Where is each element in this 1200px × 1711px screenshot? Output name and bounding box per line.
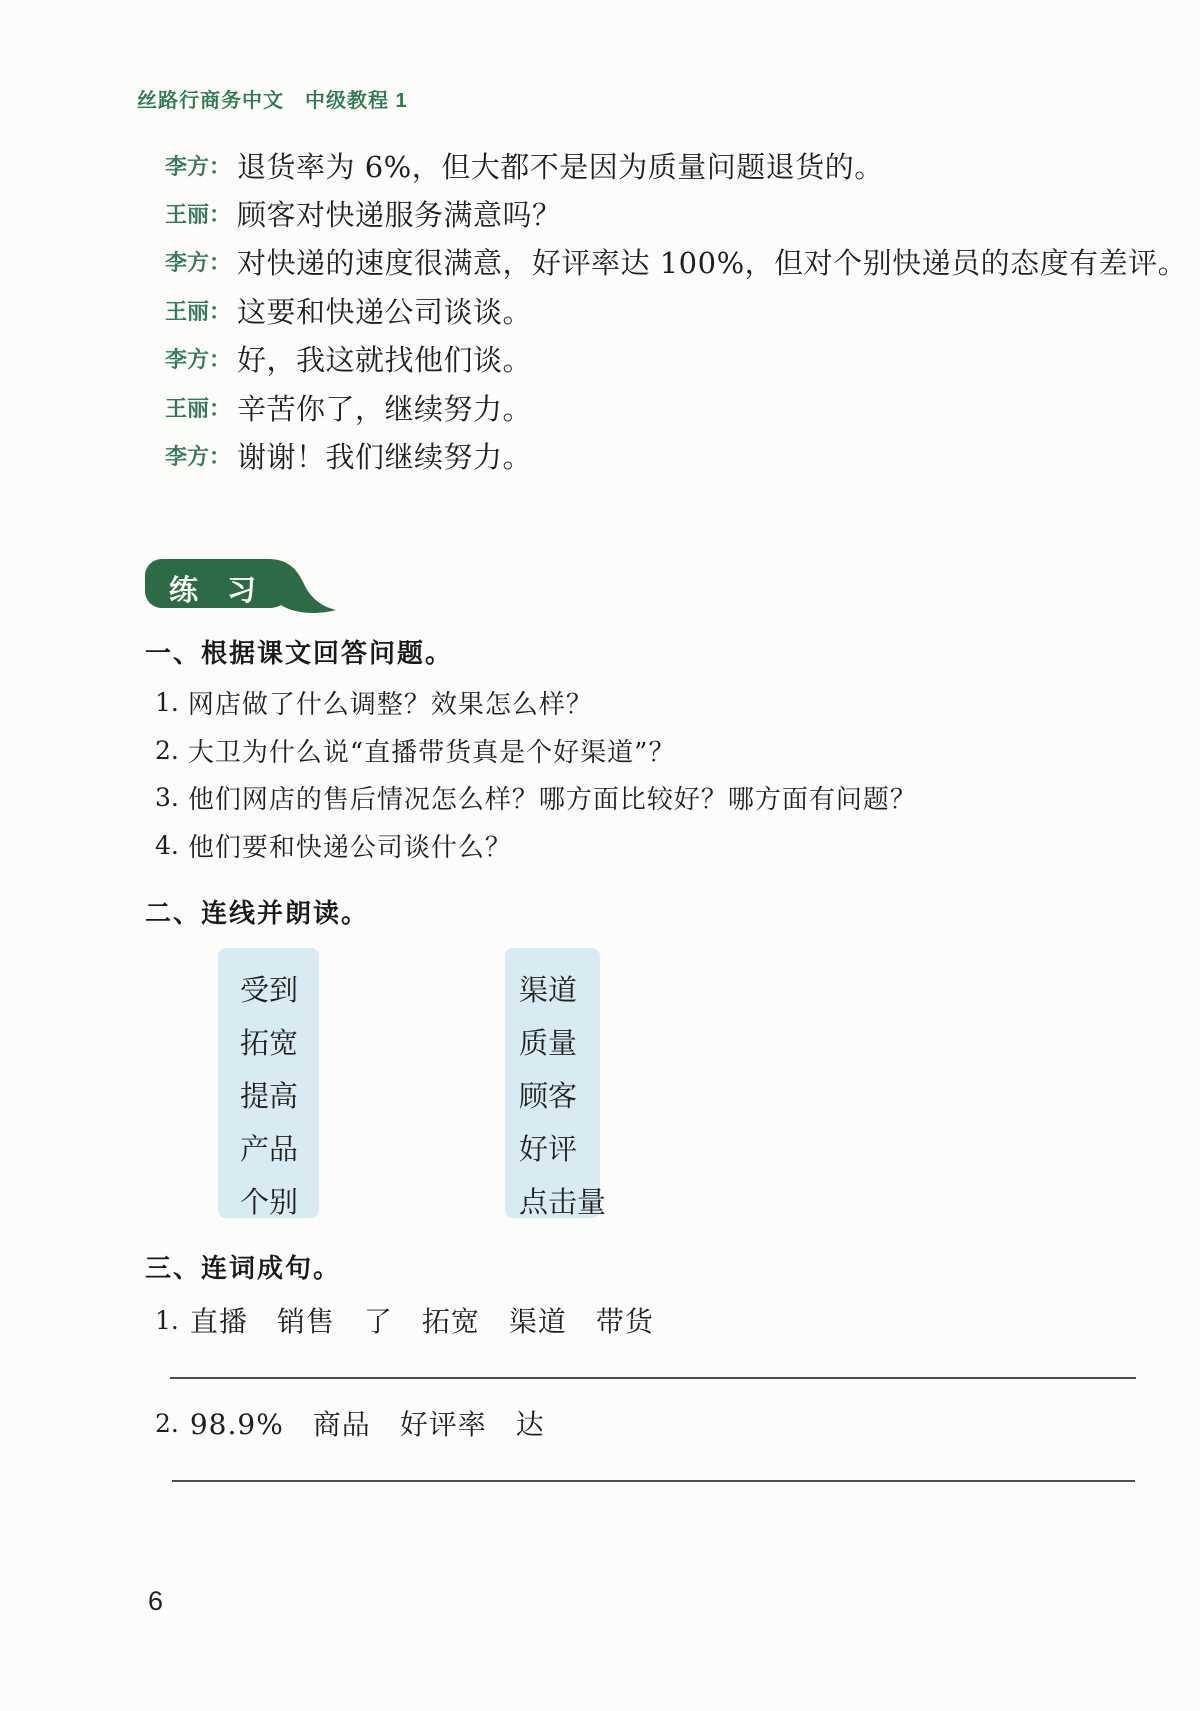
speaker-name: 李方： [165, 246, 231, 277]
running-header: 丝路行商务中文 中级教程 1 [137, 84, 408, 113]
match-word: 产品 [240, 1121, 319, 1174]
question-item: 4. 他们要和快递公司谈什么？ [155, 822, 917, 870]
dialogue-line: 王丽： 辛苦你了，继续努力。 [165, 383, 1165, 431]
speaker-name: 李方： [165, 440, 231, 471]
speaker-name: 李方： [165, 150, 231, 181]
section-2-heading: 二、连线并朗读。 [145, 893, 369, 930]
match-column-right: 渠道 质量 顾客 好评 点击量 [505, 948, 600, 1218]
speaker-name: 王丽： [165, 392, 231, 423]
question-text: 网店做了什么调整？效果怎么样？ [188, 684, 593, 721]
match-word: 点击量 [519, 1174, 600, 1227]
dialogue-text: 退货率为 6%，但大都不是因为质量问题退货的。 [237, 145, 884, 186]
question-text: 大卫为什么说“直播带货真是个好渠道”？ [188, 732, 676, 769]
page-number: 6 [148, 1586, 163, 1617]
question-item: 2. 大卫为什么说“直播带货真是个好渠道”？ [155, 727, 917, 775]
dialogue-line: 王丽： 顾客对快递服务满意吗？ [165, 189, 1165, 237]
sentence-building-item: 1. 直播 销售 了 拓宽 渠道 带货 [155, 1300, 654, 1340]
question-text: 他们要和快递公司谈什么？ [188, 827, 512, 864]
match-word: 受到 [240, 962, 319, 1015]
section-3-heading: 三、连词成句。 [145, 1248, 341, 1285]
match-word: 顾客 [519, 1068, 600, 1121]
dialogue-line: 李方： 好，我这就找他们谈。 [165, 335, 1165, 383]
question-number: 2. [155, 736, 179, 765]
dialogue-text: 顾客对快递服务满意吗？ [237, 193, 562, 234]
dialogue-text: 辛苦你了，继续努力。 [237, 387, 532, 428]
dialogue-text: 这要和快递公司谈谈。 [237, 290, 532, 331]
answer-line [170, 1377, 1136, 1379]
item-number: 2. [155, 1409, 179, 1438]
match-word: 质量 [519, 1015, 600, 1068]
item-words: 直播 销售 了 拓宽 渠道 带货 [190, 1300, 654, 1340]
exercise-badge: 练 习 [142, 556, 342, 614]
question-item: 1. 网店做了什么调整？效果怎么样？ [155, 679, 917, 727]
match-word: 拓宽 [240, 1015, 319, 1068]
match-column-left: 受到 拓宽 提高 产品 个别 [218, 948, 319, 1218]
sentence-building-item: 2. 98.9% 商品 好评率 达 [155, 1403, 545, 1443]
speaker-name: 王丽： [165, 295, 231, 326]
item-words: 98.9% 商品 好评率 达 [190, 1403, 545, 1443]
speaker-name: 王丽： [165, 198, 231, 229]
answer-line [172, 1480, 1135, 1482]
question-number: 3. [155, 783, 179, 812]
section-1-heading: 一、根据课文回答问题。 [145, 633, 453, 670]
dialogue-text: 对快递的速度很满意，好评率达 100%，但对个别快递员的态度有差评。 [237, 241, 1187, 282]
match-word: 渠道 [519, 962, 600, 1015]
textbook-page: 丝路行商务中文 中级教程 1 李方： 退货率为 6%，但大都不是因为质量问题退货… [0, 0, 1200, 1711]
dialogue-text: 好，我这就找他们谈。 [237, 338, 532, 379]
dialogue-line: 王丽： 这要和快递公司谈谈。 [165, 286, 1165, 334]
exercise-badge-label: 练 习 [169, 568, 256, 609]
question-item: 3. 他们网店的售后情况怎么样？哪方面比较好？哪方面有问题？ [155, 774, 917, 822]
dialogue-line: 李方： 对快递的速度很满意，好评率达 100%，但对个别快递员的态度有差评。 [165, 238, 1165, 286]
question-number: 1. [155, 688, 179, 717]
dialogue-text: 谢谢！我们继续努力。 [237, 435, 532, 476]
match-word: 提高 [240, 1068, 319, 1121]
question-text: 他们网店的售后情况怎么样？哪方面比较好？哪方面有问题？ [188, 779, 917, 816]
match-word: 个别 [240, 1174, 319, 1227]
speaker-name: 李方： [165, 343, 231, 374]
dialogue-line: 李方： 退货率为 6%，但大都不是因为质量问题退货的。 [165, 141, 1165, 189]
item-number: 1. [155, 1306, 179, 1335]
question-number: 4. [155, 831, 179, 860]
dialogue-line: 李方： 谢谢！我们继续努力。 [165, 431, 1165, 479]
match-word: 好评 [519, 1121, 600, 1174]
dialogue-block: 李方： 退货率为 6%，但大都不是因为质量问题退货的。 王丽： 顾客对快递服务满… [165, 141, 1165, 480]
question-list: 1. 网店做了什么调整？效果怎么样？ 2. 大卫为什么说“直播带货真是个好渠道”… [155, 679, 917, 869]
